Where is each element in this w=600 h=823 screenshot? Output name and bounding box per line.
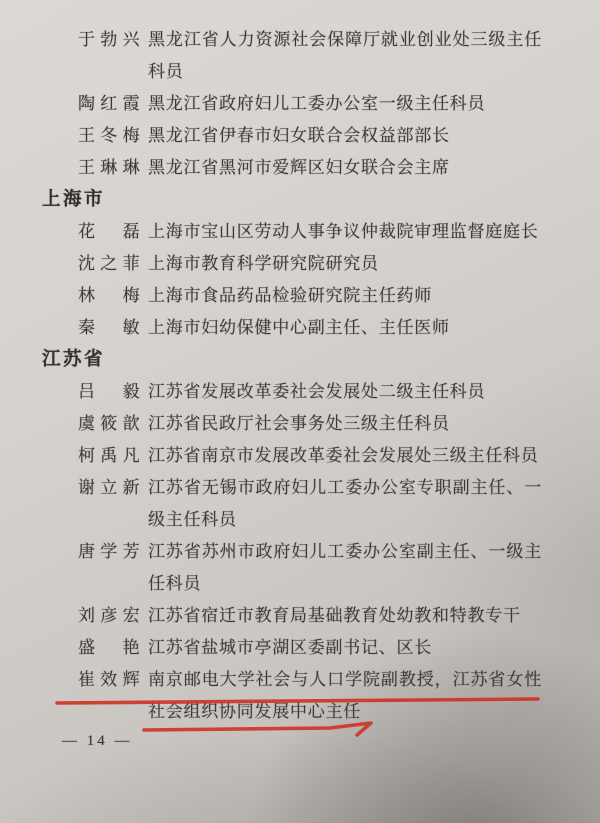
person-title: 黑龙江省黑河市爱辉区妇女联合会主席 [148, 152, 542, 184]
person-name: 吕 毅 [78, 376, 148, 408]
list-item: 谢立新 江苏省无锡市政府妇儿工委办公室专职副主任、一级主任科员 [0, 472, 600, 536]
person-title: 上海市食品药品检验研究院主任药师 [148, 280, 542, 312]
section-heading-jiangsu: 江苏省 [42, 344, 600, 376]
person-name: 秦 敏 [78, 312, 148, 344]
person-title: 江苏省苏州市政府妇儿工委办公室副主任、一级主任科员 [148, 536, 542, 600]
person-name: 王冬梅 [78, 120, 148, 152]
list-item: 沈之菲 上海市教育科学研究院研究员 [0, 248, 600, 280]
person-title: 江苏省南京市发展改革委社会发展处三级主任科员 [148, 440, 542, 472]
person-title: 黑龙江省伊春市妇女联合会权益部部长 [148, 120, 542, 152]
list-item: 林 梅 上海市食品药品检验研究院主任药师 [0, 280, 600, 312]
person-title: 上海市妇幼保健中心副主任、主任医师 [148, 312, 542, 344]
person-name: 陶红霞 [78, 88, 148, 120]
person-name: 王琳琳 [78, 152, 148, 184]
document-content: 于勃兴 黑龙江省人力资源社会保障厅就业创业处三级主任科员 陶红霞 黑龙江省政府妇… [0, 24, 600, 728]
person-title: 黑龙江省人力资源社会保障厅就业创业处三级主任科员 [148, 24, 542, 88]
person-title: 上海市教育科学研究院研究员 [148, 248, 542, 280]
person-name: 林 梅 [78, 280, 148, 312]
list-item: 花 磊 上海市宝山区劳动人事争议仲裁院审理监督庭庭长 [0, 216, 600, 248]
list-item: 刘彦宏 江苏省宿迁市教育局基础教育处幼教和特教专干 [0, 600, 600, 632]
list-item: 王冬梅 黑龙江省伊春市妇女联合会权益部部长 [0, 120, 600, 152]
person-name: 柯禹凡 [78, 440, 148, 472]
person-name: 于勃兴 [78, 24, 148, 56]
person-title: 上海市宝山区劳动人事争议仲裁院审理监督庭庭长 [148, 216, 542, 248]
scanned-document-page: 于勃兴 黑龙江省人力资源社会保障厅就业创业处三级主任科员 陶红霞 黑龙江省政府妇… [0, 0, 600, 823]
list-item: 唐学芳 江苏省苏州市政府妇儿工委办公室副主任、一级主任科员 [0, 536, 600, 600]
person-name: 崔效辉 [78, 664, 148, 696]
list-item: 王琳琳 黑龙江省黑河市爱辉区妇女联合会主席 [0, 152, 600, 184]
person-name: 虞筱歆 [78, 408, 148, 440]
person-title: 江苏省发展改革委社会发展处二级主任科员 [148, 376, 542, 408]
section-heilongjiang: 于勃兴 黑龙江省人力资源社会保障厅就业创业处三级主任科员 陶红霞 黑龙江省政府妇… [0, 24, 600, 184]
person-name: 刘彦宏 [78, 600, 148, 632]
person-name: 花 磊 [78, 216, 148, 248]
person-title: 江苏省无锡市政府妇儿工委办公室专职副主任、一级主任科员 [148, 472, 542, 536]
person-title: 黑龙江省政府妇儿工委办公室一级主任科员 [148, 88, 542, 120]
list-item: 柯禹凡 江苏省南京市发展改革委社会发展处三级主任科员 [0, 440, 600, 472]
person-title: 南京邮电大学社会与人口学院副教授，江苏省女性社会组织协同发展中心主任 [148, 664, 542, 728]
section-heading-shanghai: 上海市 [42, 184, 600, 216]
person-title: 江苏省宿迁市教育局基础教育处幼教和特教专干 [148, 600, 542, 632]
list-item: 虞筱歆 江苏省民政厅社会事务处三级主任科员 [0, 408, 600, 440]
person-name: 唐学芳 [78, 536, 148, 568]
section-shanghai: 花 磊 上海市宝山区劳动人事争议仲裁院审理监督庭庭长 沈之菲 上海市教育科学研究… [0, 216, 600, 344]
list-item: 陶红霞 黑龙江省政府妇儿工委办公室一级主任科员 [0, 88, 600, 120]
list-item: 于勃兴 黑龙江省人力资源社会保障厅就业创业处三级主任科员 [0, 24, 600, 88]
person-title: 江苏省民政厅社会事务处三级主任科员 [148, 408, 542, 440]
person-name: 沈之菲 [78, 248, 148, 280]
list-item-underlined: 崔效辉 南京邮电大学社会与人口学院副教授，江苏省女性社会组织协同发展中心主任 [0, 664, 600, 728]
list-item: 吕 毅 江苏省发展改革委社会发展处二级主任科员 [0, 376, 600, 408]
section-jiangsu: 吕 毅 江苏省发展改革委社会发展处二级主任科员 虞筱歆 江苏省民政厅社会事务处三… [0, 376, 600, 728]
person-name: 盛 艳 [78, 632, 148, 664]
person-name: 谢立新 [78, 472, 148, 504]
person-title: 江苏省盐城市亭湖区委副书记、区长 [148, 632, 542, 664]
page-number: — 14 — [62, 733, 133, 750]
list-item: 秦 敏 上海市妇幼保健中心副主任、主任医师 [0, 312, 600, 344]
list-item: 盛 艳 江苏省盐城市亭湖区委副书记、区长 [0, 632, 600, 664]
